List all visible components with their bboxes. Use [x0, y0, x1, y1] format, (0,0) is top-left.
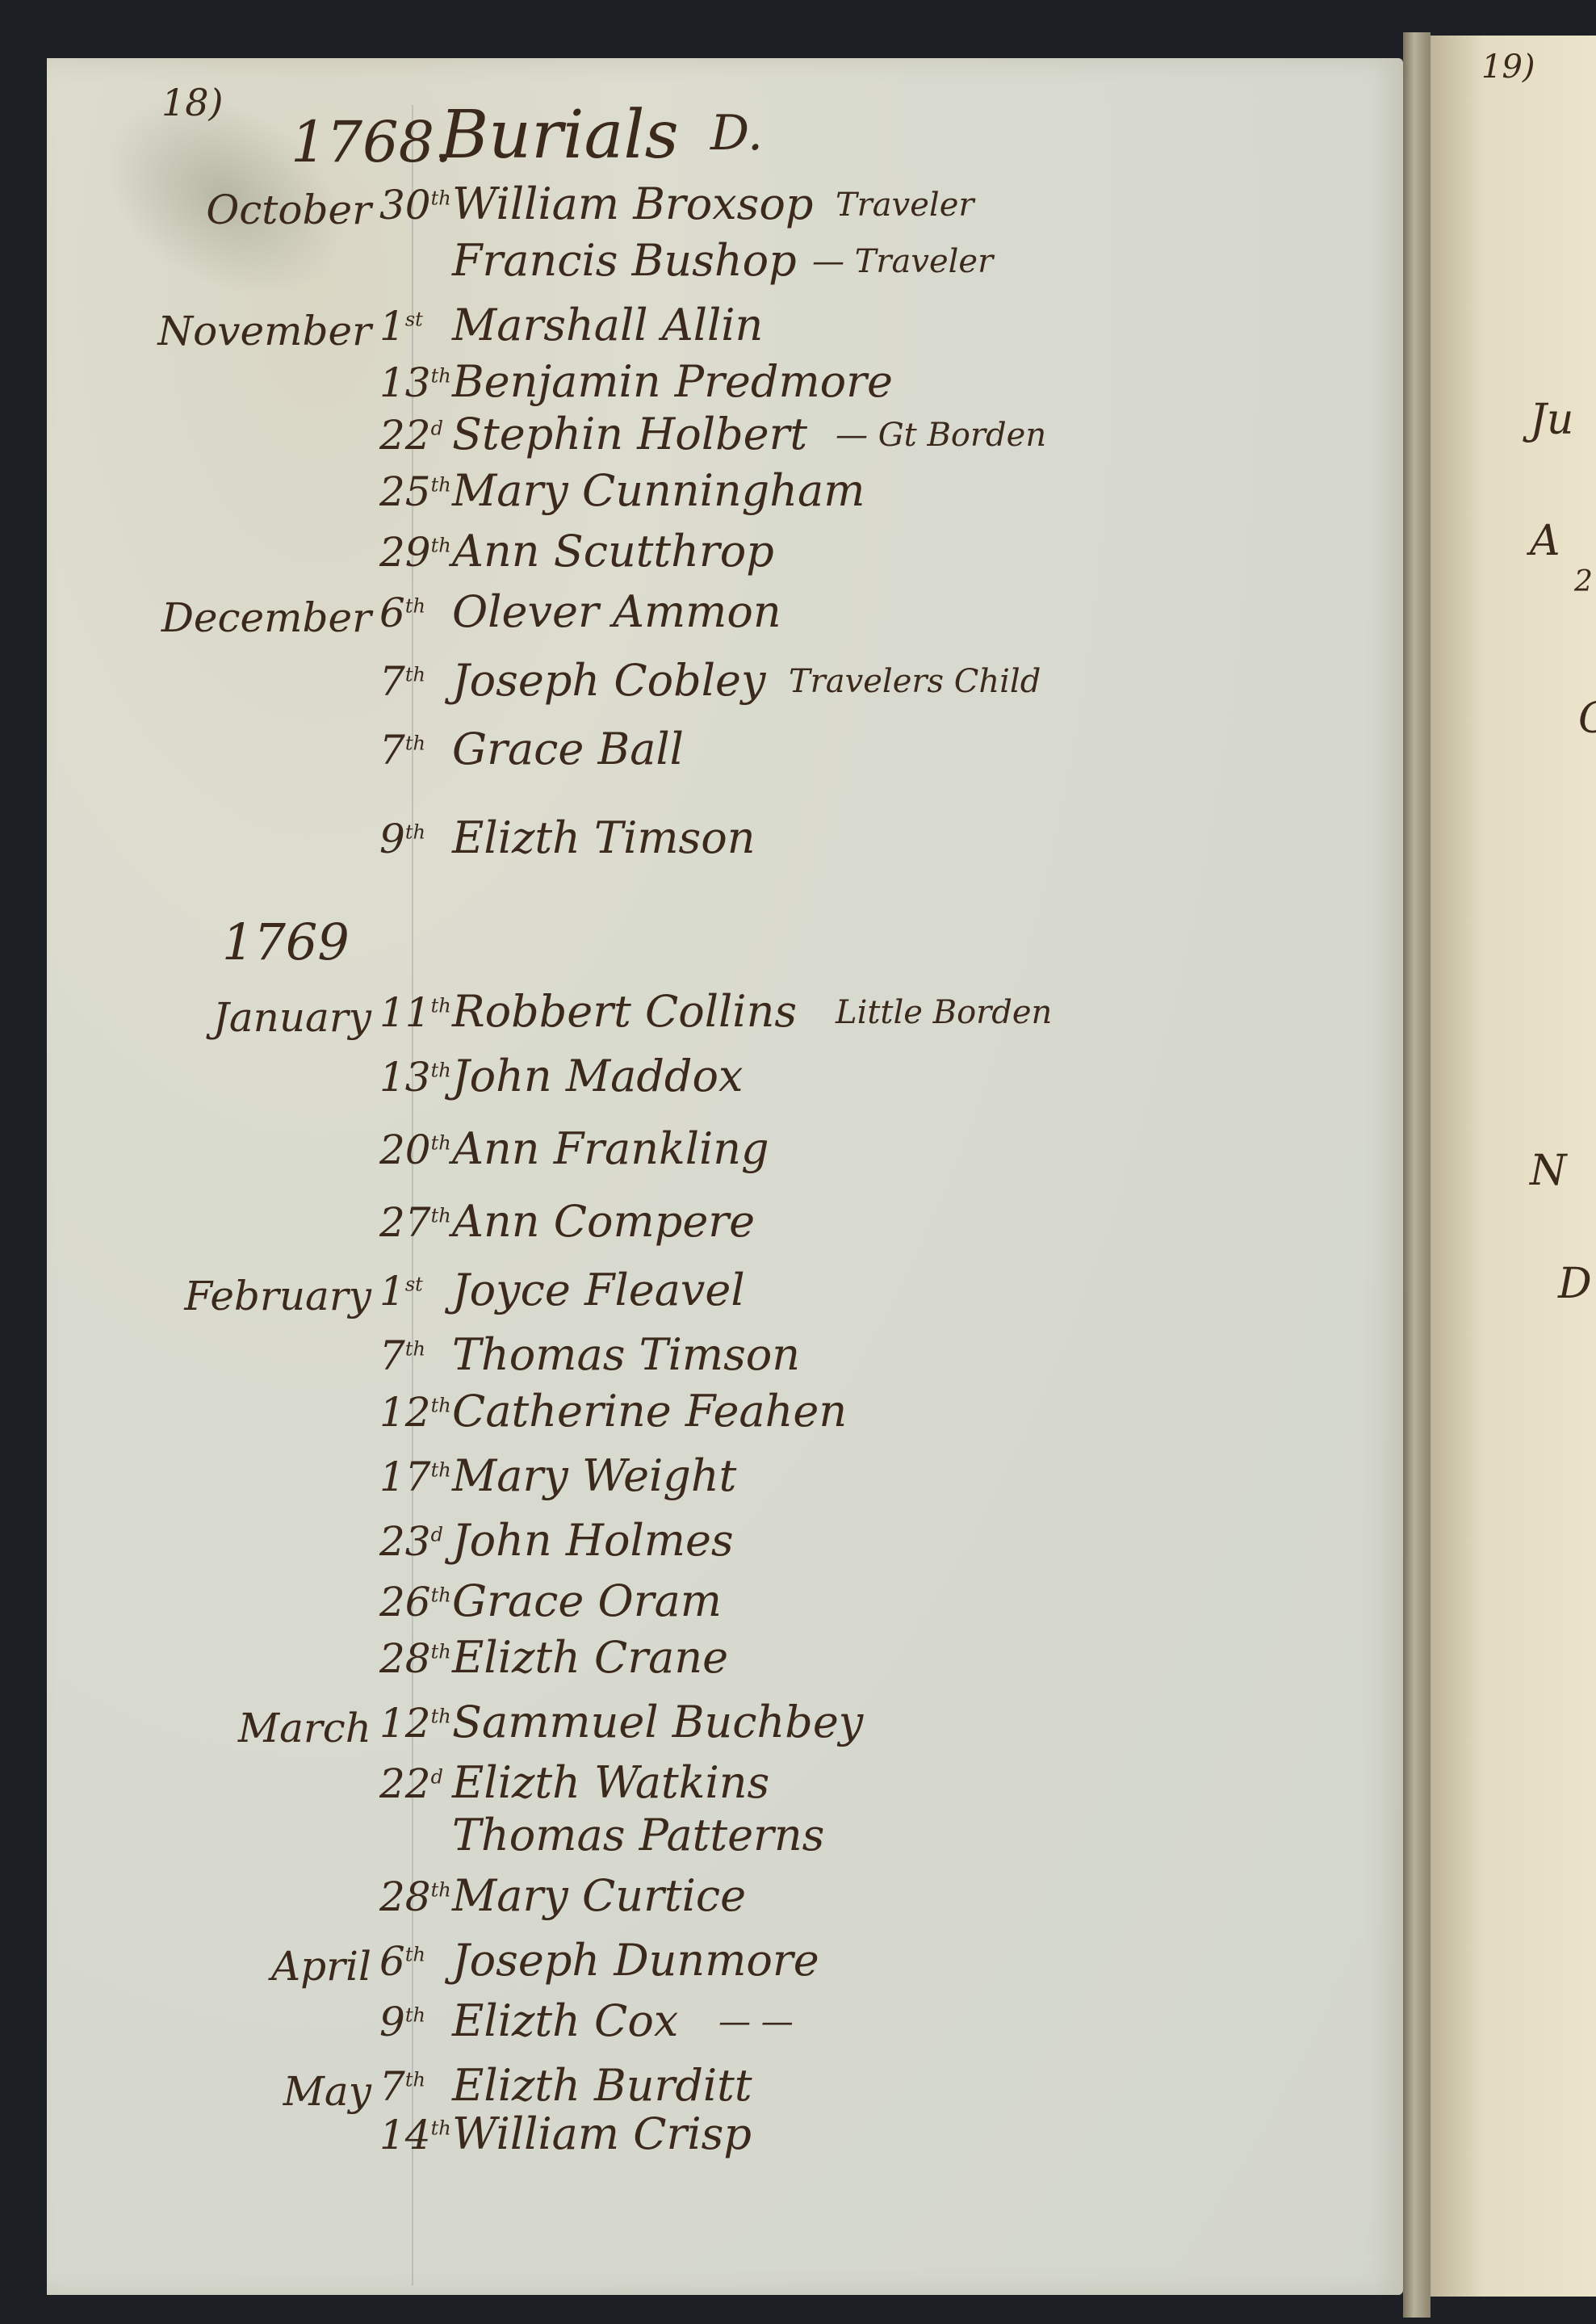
entry-day-number: 20 [379, 1126, 431, 1173]
entry-day-number: 22 [379, 1760, 431, 1807]
entry-day: 30th [379, 182, 451, 229]
entry-day-suffix: th [431, 994, 451, 1017]
entry-day-suffix: d [431, 1765, 443, 1788]
entry-day-suffix: th [431, 2116, 451, 2139]
entry-month: January [105, 994, 371, 1041]
entry-day: 28th [379, 1873, 451, 1920]
right-fragment: A [1530, 517, 1560, 565]
entry-day-number: 6 [379, 589, 405, 636]
entry-day-number: 7 [379, 727, 405, 774]
entry-name: Elizth Cox [452, 1995, 678, 2046]
entry-day-suffix: th [405, 663, 425, 686]
entry-note: — — [718, 2003, 794, 2041]
entry-name: Joseph Cobley [452, 655, 765, 706]
entry-day-suffix: th [405, 820, 425, 843]
entry-day-suffix: th [431, 187, 451, 209]
entry-name: Olever Ammon [452, 586, 781, 637]
entry-day-number: 7 [379, 658, 405, 705]
entry-day: 7th [379, 658, 425, 705]
entry-day-suffix: d [431, 417, 443, 439]
entry-day-number: 30 [379, 182, 431, 229]
entry-day-number: 12 [379, 1700, 431, 1747]
entry-name: Thomas Patterns [452, 1810, 824, 1860]
entry-day-number: 13 [379, 359, 431, 406]
entry-note: — Gt Borden [836, 417, 1046, 454]
entry-day-number: 29 [379, 529, 431, 576]
entry-name: John Maddox [452, 1051, 743, 1101]
entry-day-number: 17 [379, 1454, 431, 1500]
entry-day: 22d [379, 412, 443, 459]
entry-name: Mary Cunningham [452, 465, 865, 516]
entry-name: Elizth Timson [452, 812, 756, 863]
entry-month: February [105, 1273, 371, 1319]
entry-day: 7th [379, 1332, 425, 1379]
entry-day-suffix: d [431, 1523, 443, 1546]
entry-name: Mary Curtice [452, 1870, 746, 1921]
entry-day-number: 26 [379, 1579, 431, 1626]
entry-day-number: 1 [379, 303, 405, 350]
entry-day-number: 6 [379, 1938, 405, 1985]
entry-day: 17th [379, 1454, 451, 1500]
entry-note: Traveler [836, 187, 974, 224]
entry-name: Mary Weight [452, 1450, 736, 1501]
entry-day: 25th [379, 468, 451, 515]
entry-name: Joyce Fleavel [452, 1265, 745, 1315]
entry-day: 20th [379, 1126, 451, 1173]
right-fragment: 2 [1574, 565, 1593, 598]
right-fragment: C [1578, 694, 1596, 743]
heading-year: 1768. [291, 109, 452, 175]
entry-day: 13th [379, 1054, 451, 1101]
entry-day-suffix: th [431, 1705, 451, 1727]
entry-day-number: 7 [379, 1332, 405, 1379]
entry-day-suffix: th [431, 364, 451, 387]
entry-month: March [105, 1705, 371, 1751]
page-number-left: 18) [161, 81, 223, 124]
entry-day-suffix: th [431, 1878, 451, 1901]
entry-day-number: 12 [379, 1389, 431, 1436]
entry-day-number: 28 [379, 1635, 431, 1682]
entry-day-number: 9 [379, 1999, 405, 2045]
entry-day-suffix: th [405, 2003, 425, 2026]
entry-day: 28th [379, 1635, 451, 1682]
entry-day-suffix: th [405, 732, 425, 754]
entry-note: — Traveler [812, 243, 993, 280]
entry-day-suffix: th [431, 1584, 451, 1606]
entry-name: Ann Frankling [452, 1123, 769, 1174]
entry-day-number: 9 [379, 816, 405, 862]
entry-name: Thomas Timson [452, 1329, 800, 1380]
entry-month: April [105, 1943, 371, 1990]
book-gutter [1403, 32, 1431, 2318]
entry-day: 27th [379, 1199, 451, 1246]
entry-name: John Holmes [452, 1515, 734, 1566]
entry-name: Catherine Feahen [452, 1386, 847, 1437]
entry-name: Benjamin Predmore [452, 356, 893, 407]
entry-day-number: 23 [379, 1518, 431, 1565]
entry-day: 12th [379, 1389, 451, 1436]
entry-day: 12th [379, 1700, 451, 1747]
entry-day-suffix: th [431, 1204, 451, 1227]
entry-day: 1st [379, 303, 423, 350]
entry-day: 23d [379, 1518, 443, 1565]
entry-day-number: 14 [379, 2112, 431, 2158]
entry-day-number: 28 [379, 1873, 431, 1920]
entry-day-number: 11 [379, 989, 431, 1036]
heading-title: Burials [440, 97, 679, 174]
heading-mark: D. [710, 105, 763, 162]
entry-name: Marshall Allin [452, 300, 763, 350]
entry-day-suffix: th [431, 1131, 451, 1154]
entry-day-number: 25 [379, 468, 431, 515]
year-1769: 1769 [222, 912, 350, 971]
entry-day: 9th [379, 816, 425, 862]
entry-name: Robbert Collins [452, 986, 797, 1037]
entry-day: 7th [379, 727, 425, 774]
entry-month: November [105, 308, 371, 354]
entry-month: December [105, 594, 371, 641]
entry-name: Elizth Burditt [452, 2060, 752, 2111]
entry-day-suffix: st [405, 308, 423, 330]
right-fragment: Ju [1530, 396, 1573, 444]
entry-day: 26th [379, 1579, 451, 1626]
right-fragment: N [1530, 1147, 1567, 1195]
entry-name: Grace Oram [452, 1575, 722, 1626]
entry-day: 11th [379, 989, 451, 1036]
entry-name: Francis Bushop [452, 235, 797, 286]
entry-month: October [105, 187, 371, 233]
entry-day-suffix: st [405, 1273, 423, 1295]
entry-day-number: 27 [379, 1199, 431, 1246]
entry-day: 1st [379, 1268, 423, 1315]
entry-day-number: 7 [379, 2063, 405, 2110]
entry-day: 6th [379, 589, 425, 636]
entry-note: Little Borden [836, 994, 1052, 1031]
entry-month: May [105, 2068, 371, 2115]
entry-name: Stephin Holbert [452, 409, 807, 459]
entry-day-suffix: th [431, 473, 451, 496]
entry-day: 7th [379, 2063, 425, 2110]
entry-name: William Broxsop [452, 178, 813, 229]
entry-day-suffix: th [405, 594, 425, 617]
entry-day: 9th [379, 1999, 425, 2045]
entry-day: 6th [379, 1938, 425, 1985]
entry-name: Ann Scutthrop [452, 526, 774, 577]
entry-day-number: 13 [379, 1054, 431, 1101]
entry-day-suffix: th [431, 1394, 451, 1416]
entry-name: Elizth Watkins [452, 1757, 769, 1808]
entry-name: Grace Ball [452, 724, 684, 774]
entry-note: Travelers Child [789, 663, 1041, 700]
right-page [1431, 36, 1596, 2297]
entry-name: William Crisp [452, 2108, 752, 2159]
entry-day: 14th [379, 2112, 451, 2158]
entry-day: 13th [379, 359, 451, 406]
entry-day-suffix: th [431, 1458, 451, 1481]
entry-day: 22d [379, 1760, 443, 1807]
entry-name: Joseph Dunmore [452, 1935, 819, 1986]
entry-day-suffix: th [431, 534, 451, 556]
entry-day-suffix: th [405, 1337, 425, 1360]
entry-name: Elizth Crane [452, 1632, 728, 1683]
page-number-right: 19) [1481, 48, 1535, 86]
entry-day-suffix: th [431, 1640, 451, 1663]
entry-day-number: 22 [379, 412, 431, 459]
entry-day-suffix: th [405, 1943, 425, 1965]
right-fragment: D [1558, 1260, 1592, 1308]
entry-day-suffix: th [405, 2068, 425, 2091]
entry-day-suffix: th [431, 1059, 451, 1081]
entry-name: Ann Compere [452, 1196, 755, 1247]
entry-day-number: 1 [379, 1268, 405, 1315]
entry-day: 29th [379, 529, 451, 576]
entry-name: Sammuel Buchbey [452, 1697, 863, 1747]
